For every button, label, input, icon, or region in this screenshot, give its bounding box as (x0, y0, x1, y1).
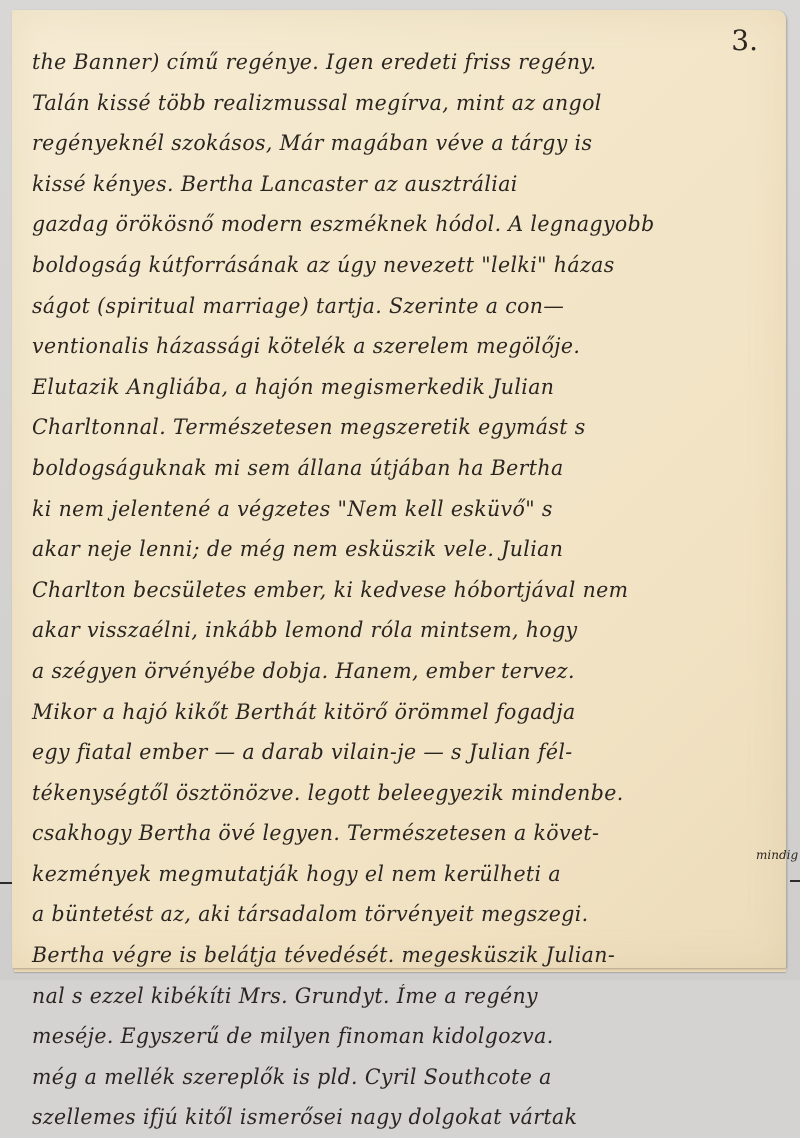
text-line-17: Mikor a hajó kikőt Berthát kitörő örömme… (32, 692, 772, 733)
text-line-15: akar visszaélni, inkább lemond róla mint… (32, 610, 772, 651)
handwritten-text-body: the Banner) című regénye. Igen eredeti f… (32, 42, 792, 980)
text-line-8: ventionalis házassági kötelék a szerelem… (32, 326, 772, 367)
text-line-23: Bertha végre is belátja tévedését. meges… (32, 935, 772, 976)
text-line-13: akar neje lenni; de még nem esküszik vel… (32, 529, 772, 570)
text-line-4: kissé kényes. Bertha Lancaster az ausztr… (32, 164, 772, 205)
text-line-1: the Banner) című regénye. Igen eredeti f… (32, 42, 772, 83)
text-line-9: Elutazik Angliába, a hajón megismerkedik… (32, 367, 772, 408)
text-line-3: regényeknél szokásos, Már magában véve a… (32, 123, 772, 164)
text-line-2: Talán kissé több realizmussal megírva, m… (32, 83, 772, 124)
text-line-24: nal s ezzel kibékíti Mrs. Grundyt. Íme a… (32, 976, 772, 980)
text-line-19: tékenységtől ösztönözve. legott beleegye… (32, 773, 772, 814)
text-line-5: gazdag örökösnő modern eszméknek hódol. … (32, 204, 772, 245)
text-line-22: a büntetést az, aki társadalom törvényei… (32, 894, 772, 935)
text-line-21: kezmények megmutatják hogy el nem kerülh… (32, 854, 772, 895)
text-line-11: boldogságuknak mi sem állana útjában ha … (32, 448, 772, 489)
manuscript-page: 3. mindig the Banner) című regénye. Igen… (12, 10, 786, 968)
text-line-20: csakhogy Bertha övé legyen. Természetese… (32, 813, 772, 854)
text-line-7: ságot (spiritual marriage) tartja. Szeri… (32, 286, 772, 327)
text-line-10: Charltonnal. Természetesen megszeretik e… (32, 407, 772, 448)
text-line-12: ki nem jelentené a végzetes "Nem kell es… (32, 489, 772, 530)
text-line-16: a szégyen örvényébe dobja. Hanem, ember … (32, 651, 772, 692)
scanner-edge-mark-left (0, 882, 12, 884)
text-line-6: boldogság kútforrásának az úgy nevezett … (32, 245, 772, 286)
text-line-18: egy fiatal ember — a darab vilain-je — s… (32, 732, 772, 773)
text-line-14: Charlton becsületes ember, ki kedvese hó… (32, 570, 772, 611)
